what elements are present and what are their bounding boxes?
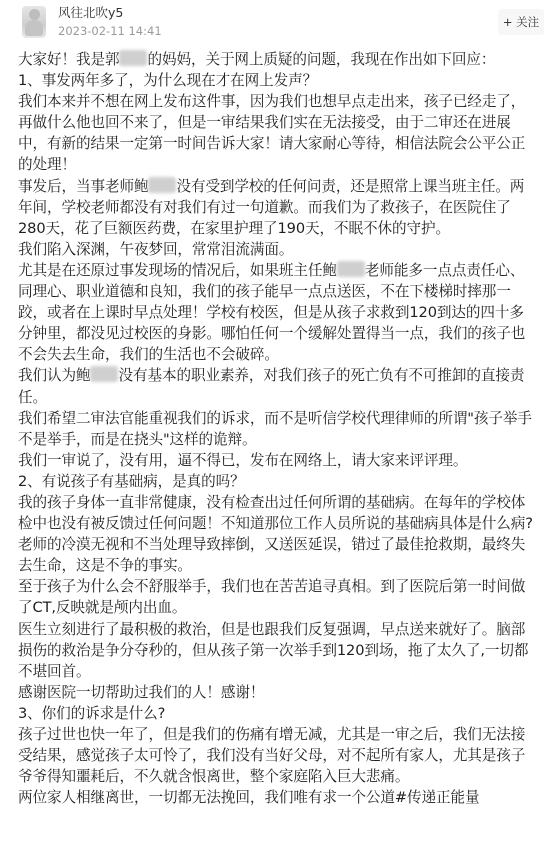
paragraph-text: 尤其是在还原过事发现场的情况后，如果班主任鲍 [18,262,337,279]
paragraph: 大家好！我是郭的妈妈，关于网上质疑的问题，我现在作出如下回应： [18,49,538,70]
avatar[interactable] [22,6,46,38]
avatar-head-shape [29,9,40,20]
redacted-name-blur [337,261,365,277]
paragraph: 我们一审说了，没有用，逼不得已，发布在网络上，请大家来评评理。 [18,450,538,471]
redacted-name-blur [119,50,147,66]
paragraph: 我们本来并不想在网上发布这件事，因为我们也想早点走出来，孩子已经走了，再做什么他… [18,91,538,175]
avatar-body-shape [25,20,43,36]
paragraph-text: 我们认为鲍 [18,367,90,384]
follow-button[interactable]: + 关注 [498,9,544,35]
paragraph-text: 的妈妈，关于网上质疑的问题，我现在作出如下回应： [147,51,495,68]
paragraph-text: 两位家人相继离世，一切都无法挽回，我们唯有求一个公道 [18,789,395,806]
post-timestamp: 2023-02-11 14:41 [58,24,162,39]
paragraph: 孩子过世也快一年了，但是我们的伤痛有增无减，尤其是一审之后，我们无法接受结果，感… [18,724,538,787]
paragraph: 医生立刻进行了最积极的救治，但是也跟我们反复强调，早点送来就好了。脑部损伤的救治… [18,619,538,682]
redacted-name-blur [148,177,176,193]
section-heading: 2、有说孩子有基础病，是真的吗？ [18,471,538,492]
paragraph: 我们希望二审法官能重视我们的诉求，而不是听信学校代理律师的所谓"孩子举手不是举手… [18,408,538,450]
user-name[interactable]: 风往北吹y5 [58,5,123,21]
paragraph: 我的孩子身体一直非常健康，没有检查出过任何所谓的基础病。在每年的学校体检中也没有… [18,492,538,534]
redacted-name-blur [90,366,118,382]
paragraph: 尤其是在还原过事发现场的情况后，如果班主任鲍老师能多一点点责任心、同理心、职业道… [18,260,538,365]
paragraph: 我们陷入深渊，午夜梦回，常常泪流满面。 [18,239,538,260]
paragraph: 至于孩子为什么会不舒服举手，我们也在苦苦追寻真相。到了医院后第一时间做了CT,反… [18,576,538,618]
paragraph: 感谢医院一切帮助过我们的人！感谢！ [18,682,538,703]
hashtag-link[interactable]: #传递正能量 [395,789,480,806]
paragraph: 老师的冷漠无视和不当处理导致摔倒，又送医延误，错过了最佳抢救期，最终失去生命，这… [18,534,538,576]
paragraph-text: 事发后，当事老师鲍 [18,178,148,195]
section-heading: 3、你们的诉求是什么? [18,703,538,724]
paragraph-text: 大家好！我是郭 [18,51,119,68]
section-heading: 1、事发两年多了，为什么现在才在网上发声？ [18,70,538,91]
paragraph: 事发后，当事老师鲍没有受到学校的任何问责，还是照常上课当班主任。两年间，学校老师… [18,176,538,239]
post-body: 大家好！我是郭的妈妈，关于网上质疑的问题，我现在作出如下回应： 1、事发两年多了… [18,49,538,808]
paragraph: 两位家人相继离世，一切都无法挽回，我们唯有求一个公道#传递正能量 [18,787,538,808]
paragraph: 我们认为鲍没有基本的职业素养，对我们孩子的死亡负有不可推卸的直接责任。 [18,365,538,407]
post-header: 风往北吹y5 2023-02-11 14:41 + 关注 [0,0,554,44]
